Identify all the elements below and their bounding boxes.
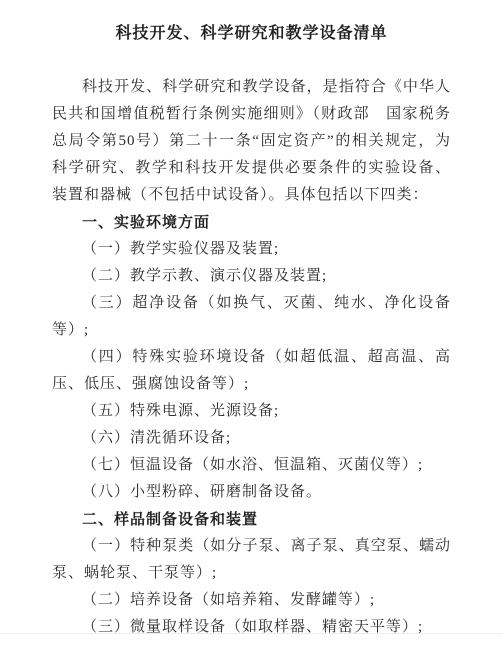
list-item: （一）教学实验仪器及装置; [52,236,451,263]
page-bottom-divider [0,633,503,634]
list-item: （三）微量取样设备（如取样器、精密天平等）; [52,614,451,641]
list-item: （八）小型粉碎、研磨制备设备。 [52,479,451,506]
section-1-heading: 一、实验环境方面 [52,209,451,236]
list-item: （四）特殊实验环境设备（如超低温、超高温、高压、低压、强腐蚀设备等）; [52,344,451,398]
list-item: （二）培养设备（如培养箱、发酵罐等）; [52,587,451,614]
list-item: （七）恒温设备（如水浴、恒温箱、灭菌仪等）; [52,452,451,479]
intro-paragraph: 科技开发、科学研究和教学设备，是指符合《中华人民共和国增值税暂行条例实施细则》（… [52,74,451,209]
list-item: （三）超净设备（如换气、灭菌、纯水、净化设备等）; [52,290,451,344]
document-title: 科技开发、科学研究和教学设备清单 [52,21,451,46]
document-content: 科技开发、科学研究和教学设备清单 科技开发、科学研究和教学设备，是指符合《中华人… [0,0,503,641]
document-body: 科技开发、科学研究和教学设备，是指符合《中华人民共和国增值税暂行条例实施细则》（… [52,74,451,641]
list-item: （六）清洗循环设备; [52,425,451,452]
list-item: （二）教学示教、演示仪器及装置; [52,263,451,290]
list-item: （一）特种泵类（如分子泵、离子泵、真空泵、蠕动泵、蜗轮泵、干泵等）; [52,533,451,587]
section-2-heading: 二、样品制备设备和装置 [52,506,451,533]
list-item: （五）特殊电源、光源设备; [52,398,451,425]
document-page: 科技开发、科学研究和教学设备清单 科技开发、科学研究和教学设备，是指符合《中华人… [0,0,503,646]
